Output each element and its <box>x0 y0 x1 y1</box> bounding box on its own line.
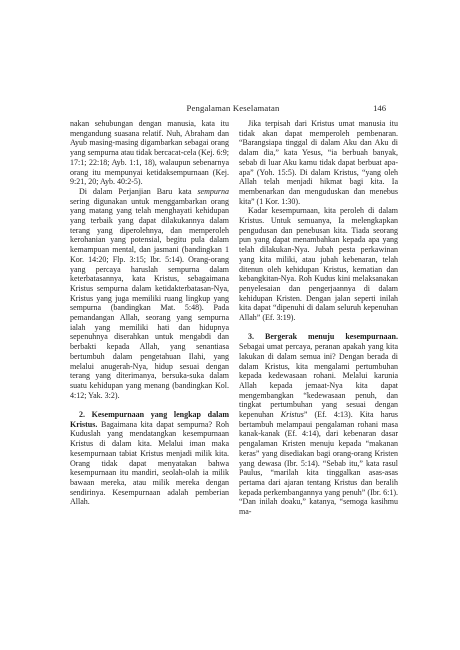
column-left: nakan sehubungan dengan manusia, kata it… <box>70 119 229 517</box>
paragraph: 3. Bergerak menuju kesempurnaan. Sebagai… <box>239 332 398 516</box>
text-run: Sebagai umat percaya, peranan apakah yan… <box>239 342 398 419</box>
paragraph: Jika terpisah dari Kristus umat manusia … <box>239 119 398 206</box>
text-columns: nakan sehubungan dengan manusia, kata it… <box>70 119 398 517</box>
page-number: 146 <box>373 103 386 113</box>
paragraph: Kadar kesempurnaan, kita peroleh di dala… <box>239 206 398 322</box>
column-right: Jika terpisah dari Kristus umat manusia … <box>239 119 398 517</box>
running-head-title: Pengalaman Keselamatan <box>70 103 396 113</box>
text-run: nakan sehubungan dengan manusia, kata it… <box>70 119 229 186</box>
page-header: Pengalaman Keselamatan 146 <box>70 103 396 113</box>
text-run: ” (Ef. 4:13). Kita harus bertambuh melam… <box>239 410 398 516</box>
text-run: Jika terpisah dari Kristus umat manusia … <box>239 119 398 206</box>
text-run: Di dalam Perjanjian Baru kata <box>79 187 197 196</box>
text-run: Bagaimana kita dapat sempurna? Roh Kudus… <box>70 420 229 507</box>
text-run: Kadar kesempurnaan, kita peroleh di dala… <box>239 206 398 322</box>
text-run: sempurna <box>197 187 229 196</box>
paragraph: Di dalam Perjanjian Baru kata sempurna s… <box>70 187 229 400</box>
paragraph: nakan sehubungan dengan manusia, kata it… <box>70 119 229 187</box>
text-run: sering digunakan untuk menggambarkan ora… <box>70 197 229 400</box>
text-run: Kristus <box>281 410 304 419</box>
paragraph: 2. Kesempurnaan yang lengkap dalam Krist… <box>70 410 229 507</box>
scanned-book-page: Pengalaman Keselamatan 146 nakan sehubun… <box>0 0 460 650</box>
text-run: 3. Bergerak menuju kesempurnaan. <box>248 332 398 341</box>
